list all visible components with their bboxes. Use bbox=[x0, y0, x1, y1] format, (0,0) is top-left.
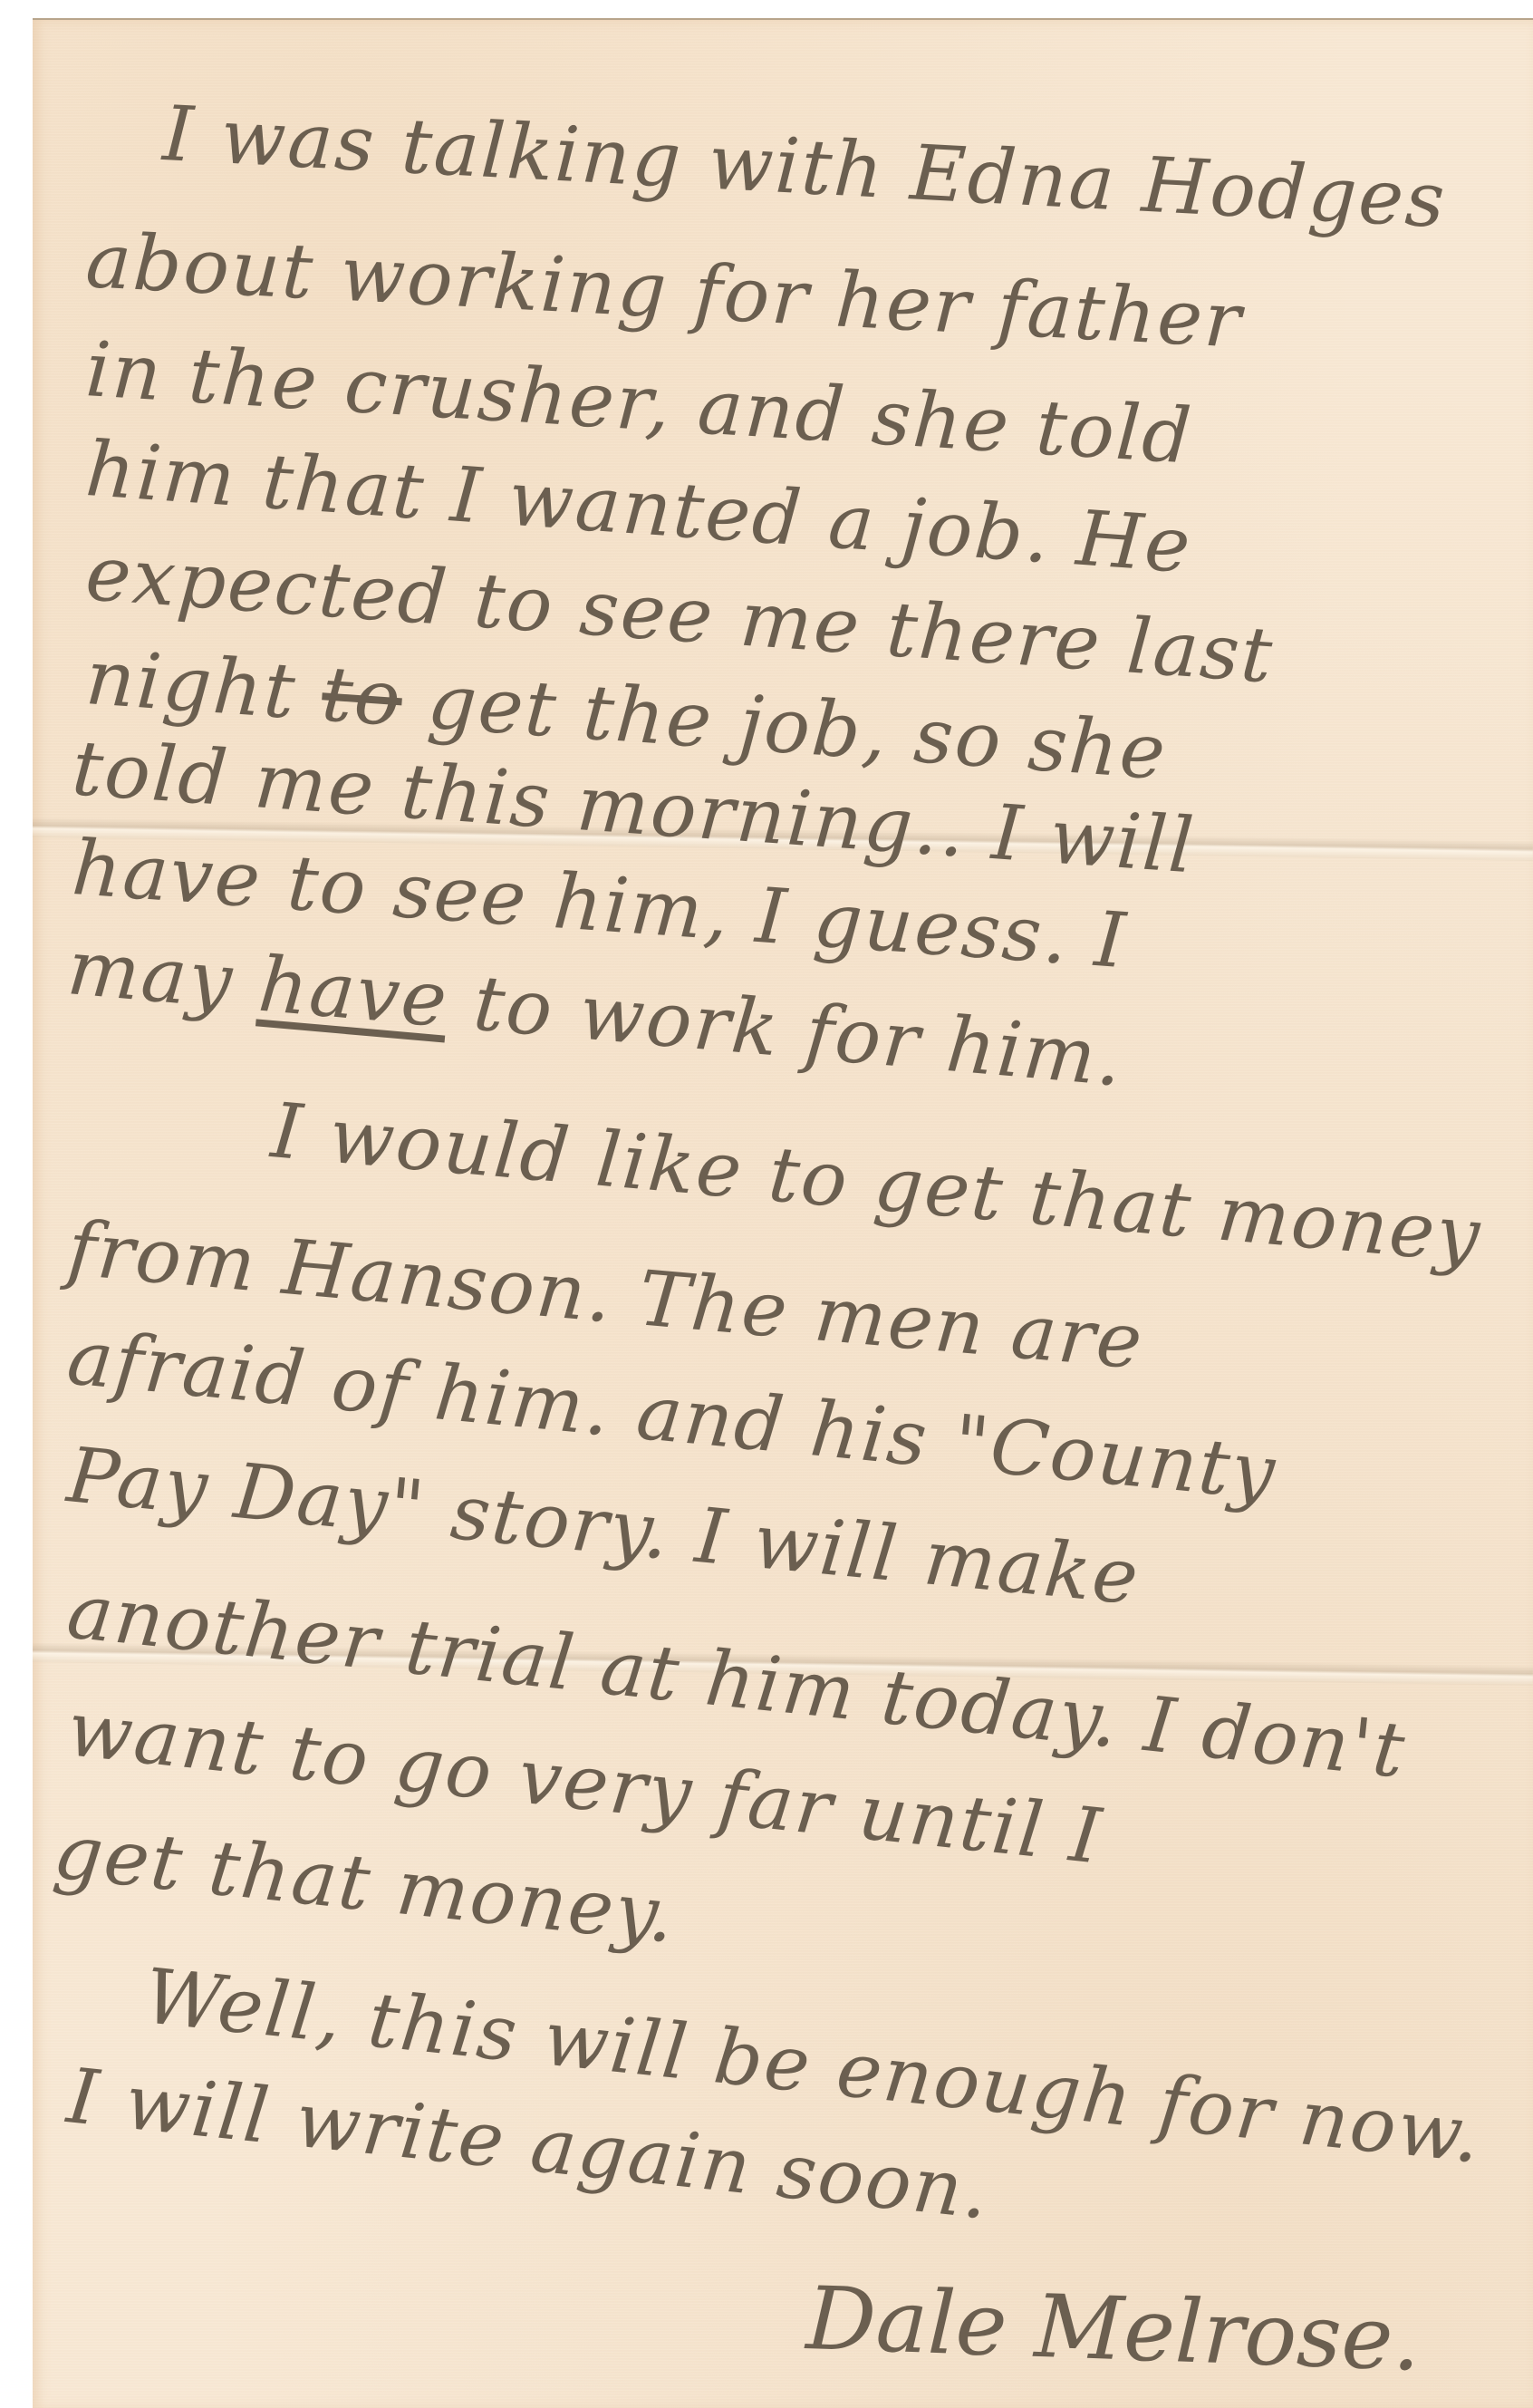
letter-line-16: get that money. bbox=[51, 1813, 680, 1954]
signature: Dale Melrose. bbox=[805, 2275, 1422, 2384]
letter-line-6-pre: night bbox=[83, 633, 325, 738]
underlined-word: have bbox=[255, 940, 452, 1045]
letter-line-1: I was talking with Edna Hodges bbox=[161, 95, 1449, 238]
letter-line-9-pre: may bbox=[64, 923, 264, 1028]
handwritten-letter: I was talking with Edna Hodges about wor… bbox=[0, 0, 1533, 2408]
struck-word: to bbox=[319, 649, 405, 743]
